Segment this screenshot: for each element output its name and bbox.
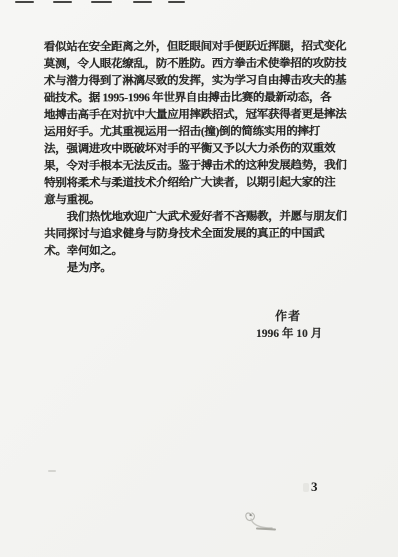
- text-line: 共同探讨与追求健身与防身技术全面发展的真正的中国武: [44, 226, 360, 244]
- text-line: 莫测，令人眼花缭乱，防不胜防。西方拳击术使拳招的攻防技: [44, 56, 360, 74]
- scanned-page: { "doc": { "kind": "scanned-book-preface…: [0, 0, 398, 557]
- text-line: 运用好手。尤其重视运用一招击(撞)倒的简练实用的摔打: [44, 124, 360, 142]
- signature-date: 1996 年 10 月: [256, 325, 322, 341]
- text-line: 术与潜力得到了淋漓尽致的发挥，实为学习自由搏击攻夫的基: [44, 73, 360, 91]
- text-line: 是为序。: [44, 260, 360, 278]
- text-line: 果，令对手根本无法反击。鉴于搏击术的这种发展趋势，我们: [44, 158, 360, 176]
- scan-artifact-dash: [168, 1, 185, 3]
- text-line: 础技术。据 1995-1996 年世界自由搏击比赛的最新动态，各: [44, 90, 360, 108]
- scan-artifact-dash: [15, 1, 34, 3]
- text-line: 意与重视。: [44, 192, 360, 210]
- scan-artifact-speck: [48, 470, 56, 472]
- scan-artifact-squiggle: [238, 506, 290, 536]
- text-line: 术。幸何如之。: [44, 243, 360, 261]
- scan-artifact-dash: [91, 1, 112, 3]
- signature-author: 作者: [275, 307, 301, 324]
- text-line: 法，强调进攻中既破坏对手的平衡又予以大力杀伤的双重效: [44, 141, 360, 159]
- scan-artifact-dash: [133, 1, 152, 3]
- text-line: 我们热忱地欢迎广大武术爱好者不吝赐教，并愿与朋友们: [44, 209, 360, 227]
- preface-text: 看似站在安全距离之外，但眨眼间对手便跃近挥腿，招式变化 莫测，令人眼花缭乱，防不…: [44, 39, 361, 278]
- text-line: 看似站在安全距离之外，但眨眼间对手便跃近挥腿，招式变化: [44, 39, 360, 57]
- scan-artifact-dash: [53, 1, 72, 3]
- page-background: 看似站在安全距离之外，但眨眼间对手便跃近挥腿，招式变化 莫测，令人眼花缭乱，防不…: [0, 0, 398, 557]
- page-number: 3: [311, 479, 318, 495]
- scan-artifact-smudge: [303, 483, 309, 492]
- text-line: 特别将柔术与柔道技术介绍给广大读者，以期引起大家的注: [44, 175, 360, 193]
- text-line: 地搏击高手在对抗中大量应用摔跌招式，冠军获得者更是摔法: [44, 107, 360, 125]
